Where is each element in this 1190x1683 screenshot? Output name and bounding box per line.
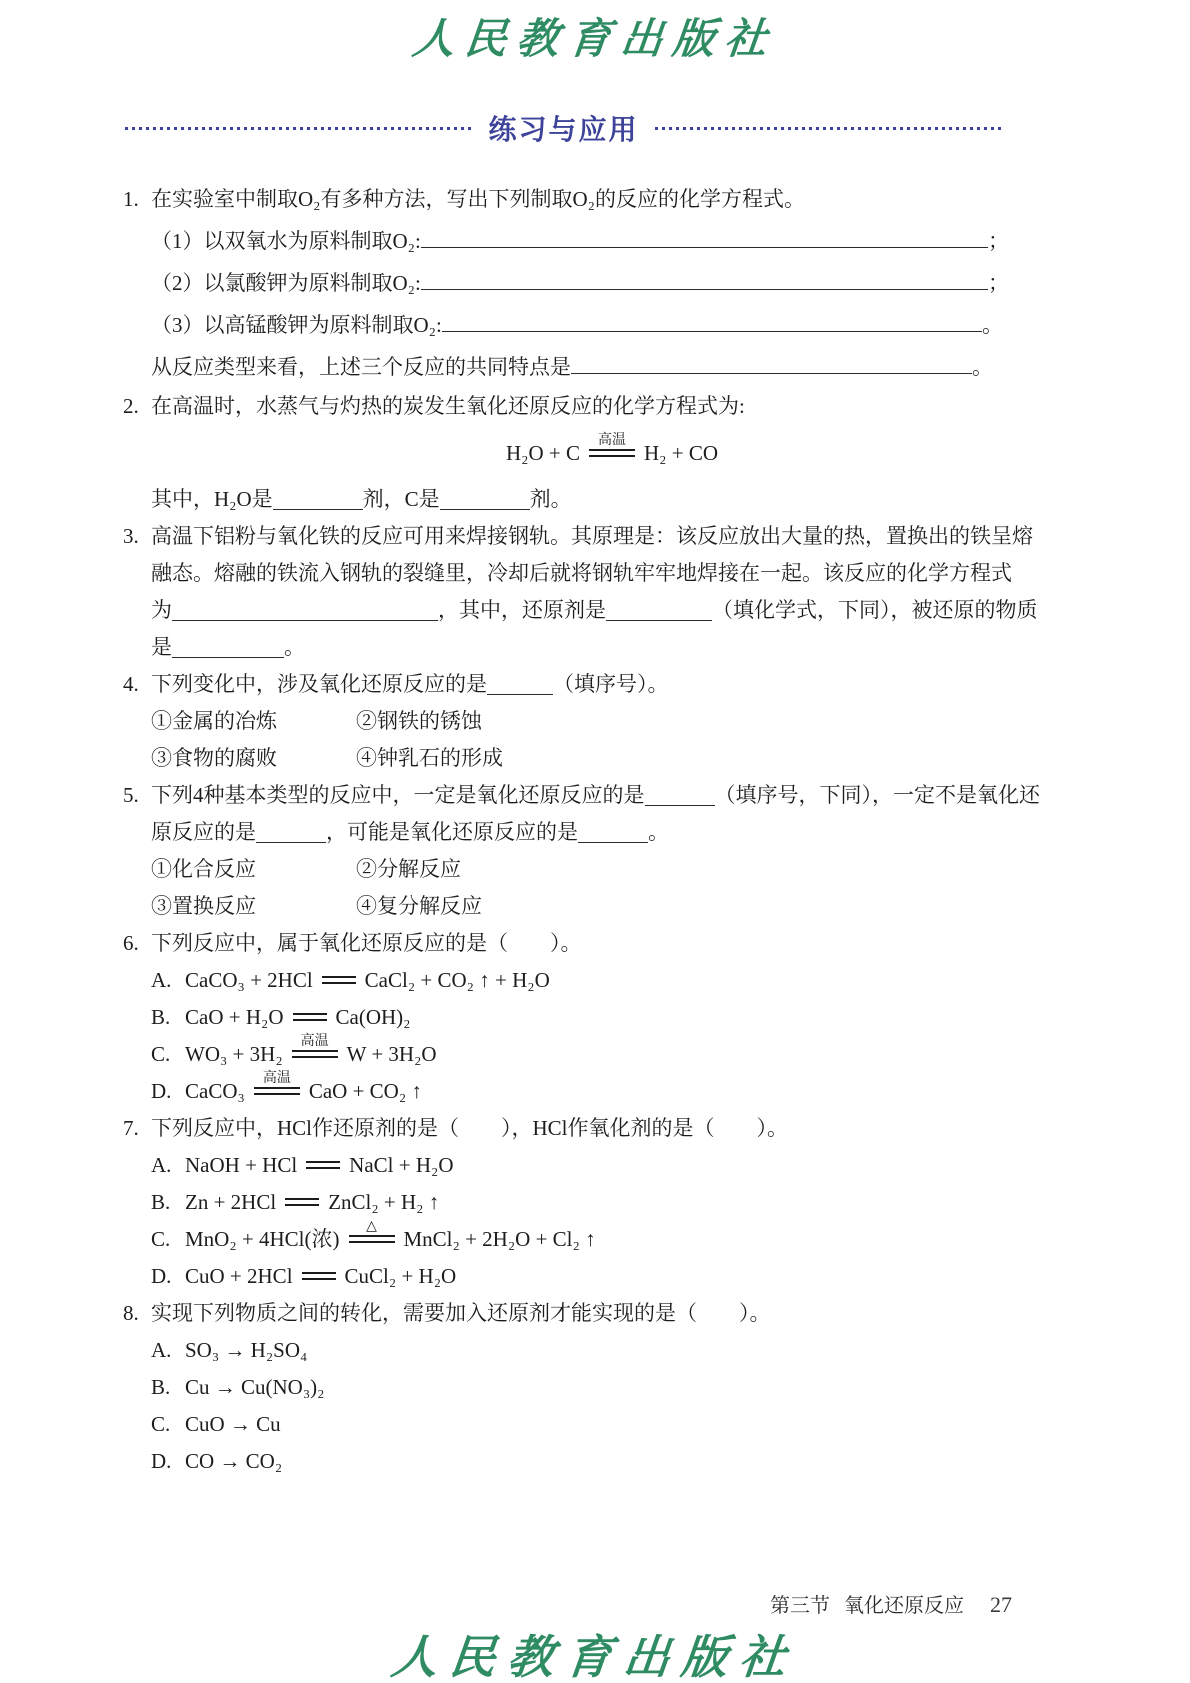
exercise-6: 6.下列反应中，属于氧化还原反应的是（ ）。 A.CaCO₃ + 2HClCaC… — [123, 925, 1073, 1110]
formula-right: CaO + CO₂ ↑ — [309, 1079, 422, 1103]
option-B: B.Cu → Cu(NO₃)₂ — [151, 1369, 1073, 1406]
exercise-5-options-row-2: ③置换反应④复分解反应 — [151, 888, 1073, 925]
option-label: A. — [151, 1147, 185, 1184]
dotted-line-left — [125, 127, 473, 130]
formula-left: CaCO₃ — [185, 1079, 245, 1103]
option-label: B. — [151, 1184, 185, 1221]
blank-underline — [440, 505, 530, 510]
formula-right: MnCl₂ + 2H₂O + Cl₂ ↑ — [404, 1227, 596, 1251]
exercise-5-line-1: 5.下列4种基本类型的反应中，一定是氧化还原反应的是（填序号，下同），一定不是氧… — [151, 777, 1073, 814]
option-4: ④钟乳石的形成 — [356, 746, 503, 770]
exercise-4-options-row-1: ①金属的冶炼②钢铁的锈蚀 — [151, 703, 1073, 740]
exercise-number: 5. — [123, 777, 151, 814]
double-bond-equals — [285, 1198, 319, 1206]
exercise-2-stem: 2.在高温时，水蒸气与灼热的炭发生氧化还原反应的化学方程式为: — [151, 388, 1073, 425]
exercise-6-stem: 6.下列反应中，属于氧化还原反应的是（ ）。 — [151, 925, 1073, 962]
option-B: B.CaO + H₂OCa(OH)₂ — [151, 999, 1073, 1036]
exercise-3-line-3: 为，其中，还原剂是（填化学式，下同），被还原的物质 — [151, 592, 1073, 629]
option-3: ③食物的腐败 — [151, 740, 356, 777]
blank-underline — [421, 243, 988, 248]
reaction-condition: △ — [366, 1220, 377, 1234]
exercise-5-options-row-1: ①化合反应②分解反应 — [151, 851, 1073, 888]
formula-right: W + 3H₂O — [347, 1042, 437, 1066]
formula-left: Zn + 2HCl — [185, 1190, 276, 1214]
exercise-text: 实现下列物质之间的转化，需要加入还原剂才能实现的是（ ）。 — [151, 1301, 771, 1325]
page-footer: 第三节氧化还原反应27 — [0, 1589, 1012, 1618]
exercise-7: 7.下列反应中，HCl作还原剂的是（ ），HCl作氧化剂的是（ ）。 A.NaO… — [123, 1110, 1073, 1295]
footer-title: 氧化还原反应 — [844, 1595, 964, 1617]
exercise-1-part-1: （1）以双氧水为原料制取O₂:； — [151, 220, 1009, 262]
conversion-formula: SO₃ → H₂SO₄ — [185, 1338, 307, 1362]
section-title-band: 练习与应用 — [125, 110, 1002, 146]
formula-right: CuCl₂ + H₂O — [345, 1264, 457, 1288]
exercise-number: 6. — [123, 925, 151, 962]
reaction-condition-equals: 高温 — [254, 1087, 300, 1095]
double-bond-equals — [293, 1013, 327, 1021]
blank-underline — [645, 801, 715, 806]
equation-right: H₂ + CO — [644, 441, 718, 465]
option-label: B. — [151, 1369, 185, 1406]
exercise-number: 7. — [123, 1110, 151, 1147]
exercise-1: 1.在实验室中制取O₂有多种方法，写出下列制取O₂的反应的化学方程式。 （1）以… — [123, 178, 1073, 388]
exercise-4-options-row-2: ③食物的腐败④钟乳石的形成 — [151, 740, 1073, 777]
blank-underline — [442, 327, 982, 332]
exercise-text: ，其中，还原剂是 — [438, 598, 606, 622]
exercise-1-summary: 从反应类型来看，上述三个反应的共同特点是。 — [151, 346, 993, 388]
summary-text: 从反应类型来看，上述三个反应的共同特点是 — [151, 346, 571, 388]
exercise-text: （填序号，下同），一定不是氧化还 — [715, 783, 1041, 807]
publisher-logo-top: 人民教育出版社 — [0, 6, 1190, 66]
exercise-8: 8.实现下列物质之间的转化，需要加入还原剂才能实现的是（ ）。 A.SO₃ → … — [123, 1295, 1073, 1480]
reaction-condition: 高温 — [598, 434, 626, 448]
formula-left: WO₃ + 3H₂ — [185, 1042, 283, 1066]
double-bond-equals — [292, 1050, 338, 1058]
double-bond-equals — [349, 1235, 395, 1243]
reaction-condition-equals: 高温 — [589, 449, 635, 457]
exercise-text: ，可能是氧化还原反应的是 — [326, 820, 578, 844]
double-bond-equals — [254, 1087, 300, 1095]
fill-text: 其中，H₂O是 — [151, 487, 273, 511]
option-1: ①化合反应 — [151, 851, 356, 888]
option-label: D. — [151, 1258, 185, 1295]
option-label: A. — [151, 962, 185, 999]
option-3: ③置换反应 — [151, 888, 356, 925]
blank-underline — [273, 505, 363, 510]
option-D: D.CuO + 2HClCuCl₂ + H₂O — [151, 1258, 1073, 1295]
exercise-text: 下列4种基本类型的反应中，一定是氧化还原反应的是 — [151, 783, 645, 807]
publisher-logo-bottom: 人民教育出版社 — [0, 1621, 1190, 1683]
reaction-condition: 高温 — [301, 1035, 329, 1049]
exercise-number: 8. — [123, 1295, 151, 1332]
exercise-4-stem: 4.下列变化中，涉及氧化还原反应的是（填序号）。 — [151, 666, 1073, 703]
conversion-formula: CO → CO₂ — [185, 1449, 282, 1473]
formula-left: MnO₂ + 4HCl(浓) — [185, 1227, 340, 1251]
punctuation: 。 — [284, 635, 305, 659]
exercise-1-part-2: （2）以氯酸钾为原料制取O₂:； — [151, 262, 1009, 304]
exercise-list: 1.在实验室中制取O₂有多种方法，写出下列制取O₂的反应的化学方程式。 （1）以… — [123, 178, 1073, 1480]
exercise-5-line-2: 原反应的是，可能是氧化还原反应的是。 — [151, 814, 1073, 851]
option-D: D.CO → CO₂ — [151, 1443, 1073, 1480]
exercise-text: 为 — [151, 598, 172, 622]
option-label: B. — [151, 999, 185, 1036]
exercise-text: 下列变化中，涉及氧化还原反应的是 — [151, 672, 487, 696]
option-label: C. — [151, 1406, 185, 1443]
dotted-line-right — [655, 127, 1003, 130]
exercise-8-stem: 8.实现下列物质之间的转化，需要加入还原剂才能实现的是（ ）。 — [151, 1295, 1073, 1332]
exercise-text: （填化学式，下同），被还原的物质 — [712, 598, 1038, 622]
exercise-7-stem: 7.下列反应中，HCl作还原剂的是（ ），HCl作氧化剂的是（ ）。 — [151, 1110, 1073, 1147]
exercise-text: 是 — [151, 635, 172, 659]
option-1: ①金属的冶炼 — [151, 703, 356, 740]
blank-underline — [487, 690, 553, 695]
blank-underline — [578, 838, 648, 843]
exercise-1-stem: 1.在实验室中制取O₂有多种方法，写出下列制取O₂的反应的化学方程式。 — [151, 178, 1073, 220]
reaction-condition-equals: 高温 — [292, 1050, 338, 1058]
exercise-text: 下列反应中，HCl作还原剂的是（ ），HCl作氧化剂的是（ ）。 — [151, 1116, 788, 1140]
formula-left: CaCO₃ + 2HCl — [185, 968, 313, 992]
exercise-text: 在高温时，水蒸气与灼热的炭发生氧化还原反应的化学方程式为: — [151, 394, 745, 418]
option-label: C. — [151, 1221, 185, 1258]
part-text: （3）以高锰酸钾为原料制取O₂: — [151, 304, 442, 346]
option-label: D. — [151, 1073, 185, 1110]
exercise-3-line-4: 是。 — [151, 629, 1073, 666]
option-A: A.SO₃ → H₂SO₄ — [151, 1332, 1073, 1369]
option-A: A.CaCO₃ + 2HClCaCl₂ + CO₂ ↑ + H₂O — [151, 962, 1073, 999]
page-number: 27 — [990, 1592, 1012, 1617]
exercise-number: 1. — [123, 178, 151, 220]
option-C: C.CuO → Cu — [151, 1406, 1073, 1443]
exercise-5: 5.下列4种基本类型的反应中，一定是氧化还原反应的是（填序号，下同），一定不是氧… — [123, 777, 1073, 925]
exercise-text: 融态。熔融的铁流入钢轨的裂缝里，冷却后就将钢轨牢牢地焊接在一起。该反应的化学方程… — [151, 561, 1012, 585]
exercise-1-part-3: （3）以高锰酸钾为原料制取O₂:。 — [151, 304, 1003, 346]
punctuation: 。 — [982, 304, 1003, 346]
reaction-condition: 高温 — [263, 1072, 291, 1086]
exercise-number: 4. — [123, 666, 151, 703]
exercise-text: 原反应的是 — [151, 820, 256, 844]
blank-underline — [172, 616, 438, 621]
formula-right: NaCl + H₂O — [349, 1153, 453, 1177]
option-2: ②分解反应 — [356, 857, 461, 881]
option-label: C. — [151, 1036, 185, 1073]
formula-right: CaCl₂ + CO₂ ↑ + H₂O — [365, 968, 550, 992]
option-4: ④复分解反应 — [356, 894, 482, 918]
exercise-text: （填序号）。 — [553, 672, 669, 696]
formula-right: ZnCl₂ + H₂ ↑ — [328, 1190, 439, 1214]
part-text: （1）以双氧水为原料制取O₂: — [151, 220, 421, 262]
part-text: （2）以氯酸钾为原料制取O₂: — [151, 262, 421, 304]
double-bond-equals — [322, 976, 356, 984]
exercise-2: 2.在高温时，水蒸气与灼热的炭发生氧化还原反应的化学方程式为: H₂O + C高… — [123, 388, 1073, 518]
option-C: C.MnO₂ + 4HCl(浓)△MnCl₂ + 2H₂O + Cl₂ ↑ — [151, 1221, 1073, 1258]
blank-underline — [172, 653, 284, 658]
fill-text: 剂。 — [530, 487, 572, 511]
punctuation: 。 — [972, 346, 993, 388]
exercise-3-line-2: 融态。熔融的铁流入钢轨的裂缝里，冷却后就将钢轨牢牢地焊接在一起。该反应的化学方程… — [151, 555, 1073, 592]
exercise-text: 在实验室中制取O₂有多种方法，写出下列制取O₂的反应的化学方程式。 — [151, 187, 805, 211]
option-label: A. — [151, 1332, 185, 1369]
formula-left: NaOH + HCl — [185, 1153, 297, 1177]
equation-left: H₂O + C — [506, 441, 580, 465]
fill-text: 剂，C是 — [363, 487, 440, 511]
punctuation: 。 — [648, 820, 669, 844]
exercise-number: 3. — [123, 518, 151, 555]
option-label: D. — [151, 1443, 185, 1480]
option-D: D.CaCO₃高温CaO + CO₂ ↑ — [151, 1073, 1073, 1110]
double-bond-equals — [589, 449, 635, 457]
exercise-2-fill-line: 其中，H₂O是剂，C是剂。 — [151, 481, 1073, 518]
option-A: A.NaOH + HClNaCl + H₂O — [151, 1147, 1073, 1184]
double-bond-equals — [306, 1161, 340, 1169]
exercise-number: 2. — [123, 388, 151, 425]
exercise-3-line-1: 3.高温下铝粉与氧化铁的反应可用来焊接钢轨。其原理是：该反应放出大量的热，置换出… — [151, 518, 1073, 555]
punctuation: ； — [988, 220, 1009, 262]
exercise-4: 4.下列变化中，涉及氧化还原反应的是（填序号）。 ①金属的冶炼②钢铁的锈蚀 ③食… — [123, 666, 1073, 777]
reaction-condition-equals: △ — [349, 1235, 395, 1243]
formula-left: CuO + 2HCl — [185, 1264, 293, 1288]
blank-underline — [606, 616, 712, 621]
blank-underline — [421, 285, 988, 290]
option-B: B.Zn + 2HClZnCl₂ + H₂ ↑ — [151, 1184, 1073, 1221]
formula-left: CaO + H₂O — [185, 1005, 284, 1029]
conversion-formula: Cu → Cu(NO₃)₂ — [185, 1375, 324, 1399]
footer-section: 第三节 — [770, 1595, 830, 1617]
formula-right: Ca(OH)₂ — [336, 1005, 411, 1029]
exercise-text: 高温下铝粉与氧化铁的反应可用来焊接钢轨。其原理是：该反应放出大量的热，置换出的铁… — [151, 524, 1033, 548]
exercise-text: 下列反应中，属于氧化还原反应的是（ ）。 — [151, 931, 582, 955]
blank-underline — [571, 369, 972, 374]
section-title: 练习与应用 — [489, 108, 639, 148]
exercise-3: 3.高温下铝粉与氧化铁的反应可用来焊接钢轨。其原理是：该反应放出大量的热，置换出… — [123, 518, 1073, 666]
option-C: C.WO₃ + 3H₂高温W + 3H₂O — [151, 1036, 1073, 1073]
double-bond-equals — [302, 1272, 336, 1280]
displayed-equation: H₂O + C高温H₂ + CO — [151, 425, 1073, 481]
punctuation: ； — [988, 262, 1009, 304]
conversion-formula: CuO → Cu — [185, 1412, 281, 1436]
blank-underline — [256, 838, 326, 843]
option-2: ②钢铁的锈蚀 — [356, 709, 482, 733]
